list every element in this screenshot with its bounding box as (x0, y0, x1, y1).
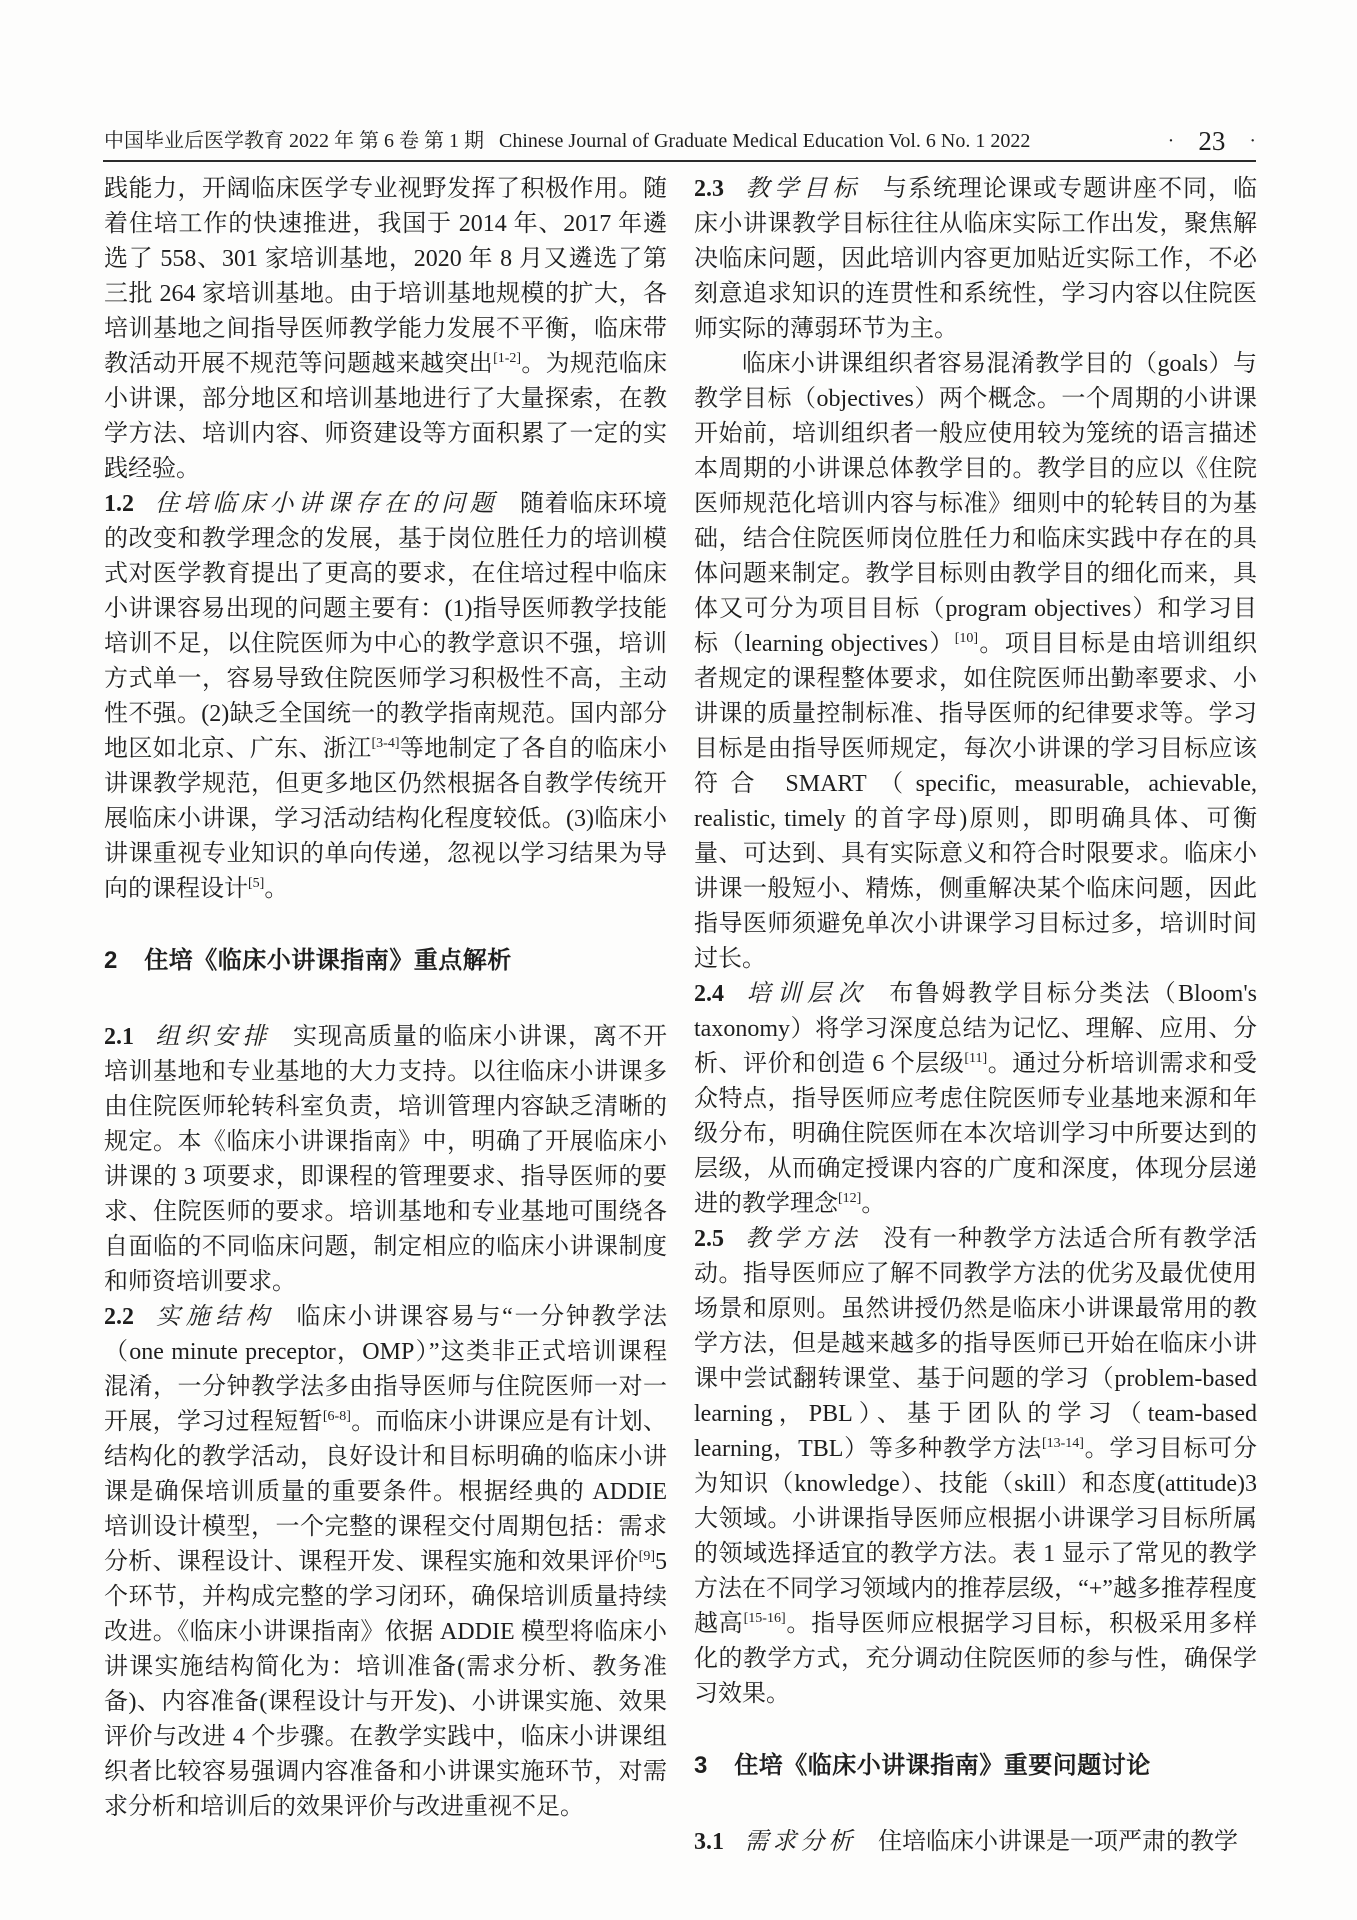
paragraph: 2.1组织安排实现高质量的临床小讲课，离不开培训基地和专业基地的大力支持。以往临… (104, 1020, 667, 1300)
paragraph: 1.2住培临床小讲课存在的问题随着临床环境的改变和教学理念的发展，基于岗位胜任力… (104, 487, 667, 907)
subsection-number: 2.1 (104, 1024, 134, 1050)
reference-marker: [15-16] (744, 1611, 786, 1626)
text-run: 临床小讲课组织者容易混淆教学目的（goals）与教学目标（objectives）… (694, 351, 1257, 657)
journal-title-cn: 中国毕业后医学教育 2022 年 第 6 卷 第 1 期 (104, 130, 484, 152)
header-rule (103, 160, 1256, 162)
section-number: 3 (694, 1752, 708, 1779)
reference-marker: [12] (838, 1191, 861, 1206)
paragraph: 2.2实施结构临床小讲课容易与“一分钟教学法（one minute precep… (104, 1300, 667, 1825)
subsection-number: 2.3 (694, 176, 724, 202)
text-run: 实现高质量的临床小讲课，离不开培训基地和专业基地的大力支持。以往临床小讲课多由住… (104, 1024, 667, 1295)
paragraph: 2.4培训层次布鲁姆教学目标分类法（Bloom's taxonomy）将学习深度… (694, 977, 1257, 1222)
right-column: 2.3教学目标与系统理论课或专题讲座不同，临床小讲课教学目标往往从临床实际工作出… (694, 172, 1257, 1860)
text-run: 随着临床环境的改变和教学理念的发展，基于岗位胜任力的培训模式对医学教育提出了更高… (104, 491, 667, 762)
reference-marker: [10] (955, 631, 978, 646)
subsection-number: 2.5 (694, 1226, 724, 1252)
article-body: 践能力，开阔临床医学专业视野发挥了积极作用。随着住培工作的快速推进，我国于 20… (104, 172, 1257, 1860)
text-run: 践能力，开阔临床医学专业视野发挥了积极作用。随着住培工作的快速推进，我国于 20… (104, 176, 667, 377)
journal-title-line: 中国毕业后医学教育 2022 年 第 6 卷 第 1 期 Chinese Jou… (104, 124, 1030, 153)
text-run: 住培临床小讲课是一项严肃的教学 (878, 1829, 1238, 1855)
section-title: 住培《临床小讲课指南》重要问题讨论 (734, 1752, 1151, 1779)
paragraph: 2.3教学目标与系统理论课或专题讲座不同，临床小讲课教学目标往往从临床实际工作出… (694, 172, 1257, 347)
subsection-title: 需求分析 (744, 1829, 856, 1855)
subsection-number: 3.1 (694, 1829, 724, 1855)
journal-title-en: Chinese Journal of Graduate Medical Educ… (499, 130, 1030, 152)
subsection-number: 2.2 (104, 1304, 134, 1330)
reference-marker: [5] (248, 876, 264, 891)
text-run: 。 (264, 876, 288, 902)
paragraph: 践能力，开阔临床医学专业视野发挥了积极作用。随着住培工作的快速推进，我国于 20… (104, 172, 667, 487)
reference-marker: [9] (639, 1549, 655, 1564)
page-header: 中国毕业后医学教育 2022 年 第 6 卷 第 1 期 Chinese Jou… (104, 124, 1256, 157)
paragraph: 3.1需求分析住培临床小讲课是一项严肃的教学 (694, 1825, 1257, 1860)
journal-page: 中国毕业后医学教育 2022 年 第 6 卷 第 1 期 Chinese Jou… (0, 0, 1357, 1920)
text-run: 没有一种教学方法适合所有教学活动。指导医师应了解不同教学方法的优劣及最优使用场景… (694, 1226, 1257, 1462)
page-number-dot-right: · (1249, 130, 1256, 153)
subsection-number: 1.2 (104, 491, 134, 517)
subsection-title: 实施结构 (154, 1304, 275, 1330)
subsection-title: 教学目标 (744, 176, 861, 202)
section-number: 2 (104, 947, 118, 974)
reference-marker: [6-8] (323, 1409, 351, 1424)
text-run: 。项目目标是由培训组织者规定的课程整体要求，如住院医师出勤率要求、小讲课的质量控… (694, 631, 1257, 972)
section-title: 住培《临床小讲课指南》重点解析 (144, 947, 512, 974)
page-number-dot-left: · (1168, 130, 1175, 153)
subsection-number: 2.4 (694, 981, 724, 1007)
subsection-title: 住培临床小讲课存在的问题 (154, 491, 498, 517)
subsection-title: 组织安排 (154, 1024, 271, 1050)
page-number-group: · 23 · (1168, 126, 1256, 157)
reference-marker: [13-14] (1042, 1436, 1084, 1451)
paragraph: 临床小讲课组织者容易混淆教学目的（goals）与教学目标（objectives）… (694, 347, 1257, 977)
left-column: 践能力，开阔临床医学专业视野发挥了积极作用。随着住培工作的快速推进，我国于 20… (104, 172, 667, 1860)
text-run: 。学习目标可分为知识（knowledge）、技能（skill）和态度(attit… (694, 1436, 1257, 1637)
section-heading: 3住培《临床小讲课指南》重要问题讨论 (694, 1748, 1257, 1783)
paragraph: 2.5教学方法没有一种教学方法适合所有教学活动。指导医师应了解不同教学方法的优劣… (694, 1222, 1257, 1712)
page-number: 23 (1198, 126, 1225, 157)
text-run: 5 个环节，并构成完整的学习闭环，确保培训质量持续改进。《临床小讲课指南》依据 … (104, 1549, 667, 1820)
reference-marker: [3-4] (372, 736, 400, 751)
section-heading: 2住培《临床小讲课指南》重点解析 (104, 943, 667, 978)
subsection-title: 培训层次 (744, 981, 867, 1007)
reference-marker: [11] (964, 1051, 987, 1066)
text-run: 。 (861, 1191, 885, 1217)
reference-marker: [1-2] (493, 351, 521, 366)
subsection-title: 教学方法 (744, 1226, 861, 1252)
